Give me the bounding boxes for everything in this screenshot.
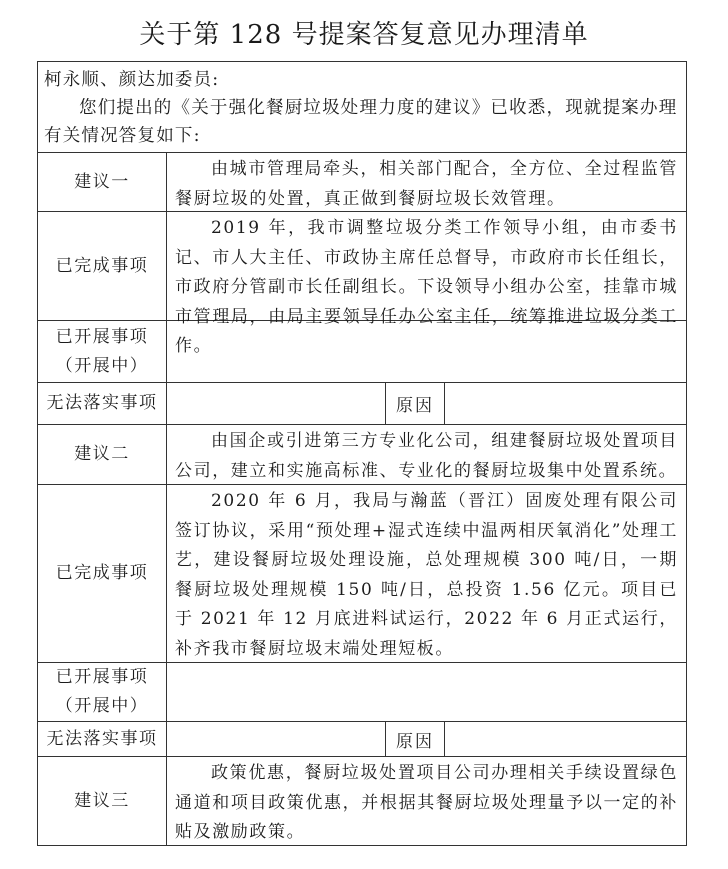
- suggestion-3-label: 建议三: [38, 757, 167, 845]
- suggestion-2-completed-text: 2020 年 6 月，我局与瀚蓝（晋江）固废处理有限公司签订协议，采用“预处理+…: [167, 485, 686, 662]
- suggestion-1-label: 建议一: [38, 153, 167, 211]
- suggestion-1-text: 由城市管理局牵头，相关部门配合，全方位、全过程监管餐厨垃圾的处置，真正做到餐厨垃…: [167, 153, 686, 211]
- not-feasible-label: 无法落实事项: [38, 383, 167, 424]
- not-feasible-label: 无法落实事项: [38, 722, 167, 756]
- intro-section: 柯永顺、颜达加委员: 您们提出的《关于强化餐厨垃圾处理力度的建议》已收悉，现就提…: [38, 62, 686, 153]
- suggestion-2-text: 由国企或引进第三方专业化公司，组建餐厨垃圾处置项目公司，建立和实施高标准、专业化…: [167, 425, 686, 484]
- reason-label: 原因: [386, 722, 445, 756]
- suggestion-3-row: 建议三 政策优惠，餐厨垃圾处置项目公司办理相关手续设置绿色通道和项目政策优惠，并…: [38, 757, 686, 845]
- suggestion-2-label: 建议二: [38, 425, 167, 484]
- reply-table: 柯永顺、颜达加委员: 您们提出的《关于强化餐厨垃圾处理力度的建议》已收悉，现就提…: [37, 61, 687, 846]
- suggestion-1-completed-text: 2019 年，我市调整垃圾分类工作领导小组，由市委书记、市人大主任、市政协主席任…: [167, 212, 686, 320]
- suggestion-2-not-feasible-value: [167, 722, 386, 756]
- suggestion-2-in-progress-text: [167, 663, 686, 721]
- salutation: 柯永顺、颜达加委员:: [44, 66, 686, 94]
- page-title: 关于第 128 号提案答复意见办理清单: [0, 14, 728, 51]
- suggestion-2-completed-row: 已完成事项 2020 年 6 月，我局与瀚蓝（晋江）固废处理有限公司签订协议，采…: [38, 485, 686, 663]
- suggestion-3-text: 政策优惠，餐厨垃圾处置项目公司办理相关手续设置绿色通道和项目政策优惠，并根据其餐…: [167, 757, 686, 845]
- suggestion-1-reason-value: [445, 383, 686, 424]
- suggestion-1-not-feasible-row: 无法落实事项 原因: [38, 383, 686, 425]
- suggestion-1-in-progress-row: 已开展事项（开展中）: [38, 321, 686, 383]
- in-progress-label: 已开展事项（开展中）: [38, 321, 167, 382]
- suggestion-2-row: 建议二 由国企或引进第三方专业化公司，组建餐厨垃圾处置项目公司，建立和实施高标准…: [38, 425, 686, 485]
- suggestion-2-not-feasible-row: 无法落实事项 原因: [38, 722, 686, 757]
- suggestion-1-in-progress-text: [167, 321, 686, 382]
- reason-label: 原因: [386, 383, 445, 424]
- suggestion-2-reason-value: [445, 722, 686, 756]
- suggestion-2-in-progress-row: 已开展事项（开展中）: [38, 663, 686, 722]
- completed-label: 已完成事项: [38, 485, 167, 662]
- in-progress-label: 已开展事项（开展中）: [38, 663, 167, 721]
- suggestion-1-completed-row: 已完成事项 2019 年，我市调整垃圾分类工作领导小组，由市委书记、市人大主任、…: [38, 212, 686, 321]
- intro-body: 您们提出的《关于强化餐厨垃圾处理力度的建议》已收悉，现就提案办理有关情况答复如下…: [44, 94, 686, 150]
- completed-label: 已完成事项: [38, 212, 167, 320]
- suggestion-1-row: 建议一 由城市管理局牵头，相关部门配合，全方位、全过程监管餐厨垃圾的处置，真正做…: [38, 153, 686, 212]
- suggestion-1-not-feasible-value: [167, 383, 386, 424]
